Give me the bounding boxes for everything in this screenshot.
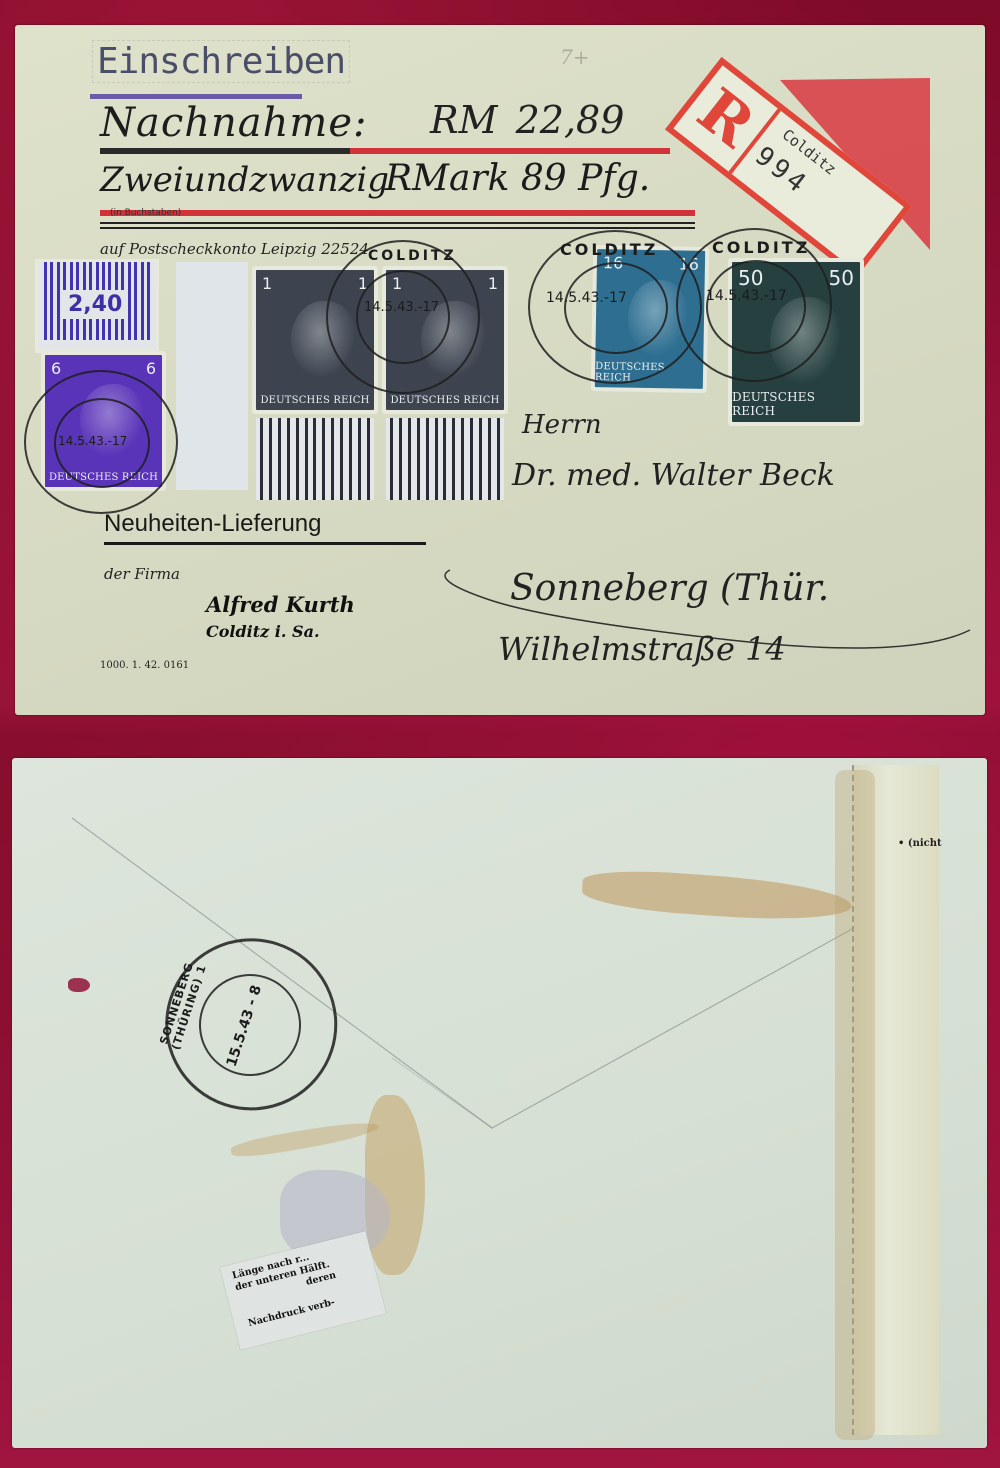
- label-line: Nachdruck verb-: [247, 1297, 336, 1329]
- registration-handstamp: Einschreiben: [92, 40, 350, 83]
- stamp-country: DEUTSCHES REICH: [732, 390, 860, 422]
- stamp-value: 6: [146, 359, 156, 378]
- cod-amount: 22,89: [516, 98, 625, 142]
- stamp-country: DEUTSCHES REICH: [260, 395, 369, 410]
- sheet-margin-240: 2,40: [38, 262, 156, 350]
- violet-underline: [90, 94, 302, 99]
- amount-words-suffix: RMark 89 Pfg.: [385, 158, 650, 199]
- stamp-value: 6: [51, 359, 61, 378]
- amount-in-words: Zweiundzwanzig: [100, 160, 389, 200]
- stamp-country: DEUTSCHES REICH: [390, 395, 499, 410]
- sender-town: Colditz i. Sa.: [206, 622, 320, 641]
- stamp-value: 1: [262, 274, 272, 293]
- cod-label: Nachnahme:: [100, 100, 367, 146]
- strip-text: • (nicht: [898, 838, 942, 849]
- postmark-colditz-4: 14.5.43.-17: [24, 370, 178, 514]
- red-rule-2: [100, 210, 695, 216]
- words-hint: (in Buchstaben): [110, 208, 181, 218]
- selvage-strip: [176, 262, 248, 490]
- sender-heading-underline: [104, 542, 426, 545]
- tape-edge-stain: [835, 770, 875, 1440]
- margin-value: 2,40: [62, 290, 128, 319]
- bottom-margin-bars-right: [386, 418, 504, 500]
- cod-currency: RM: [430, 98, 498, 142]
- account-line: auf Postscheckkonto Leipzig 22524: [100, 240, 369, 258]
- dark-rule-1: [100, 222, 695, 224]
- cod-amount-line: RM 22,89: [430, 98, 624, 142]
- stamp-value: 1: [488, 274, 498, 293]
- recipient-name: Dr. med. Walter Beck: [512, 458, 835, 493]
- strip-text-value: (nicht: [908, 838, 942, 849]
- recipient-street: Wilhelmstraße 14: [498, 630, 786, 668]
- recipient-salutation: Herrn: [522, 410, 602, 440]
- dark-rule-2: [100, 227, 695, 229]
- postmark-colditz-1: COLDITZ 14.5.43.-17: [326, 240, 480, 394]
- print-code: 1000. 1. 42. 0161: [100, 660, 189, 671]
- bottom-margin-bars-left: [256, 418, 374, 500]
- dark-rule-segment: [100, 148, 350, 154]
- postmark-colditz-3: COLDITZ 14.5.43.-17: [676, 228, 832, 382]
- sender-name: Alfred Kurth: [206, 592, 355, 617]
- stamp-value: 50: [829, 266, 854, 290]
- sender-heading: Neuheiten-Lieferung: [104, 510, 322, 538]
- pencil-note: 7+: [560, 45, 589, 69]
- firm-label: der Firma: [104, 565, 180, 583]
- red-speck: [68, 978, 90, 992]
